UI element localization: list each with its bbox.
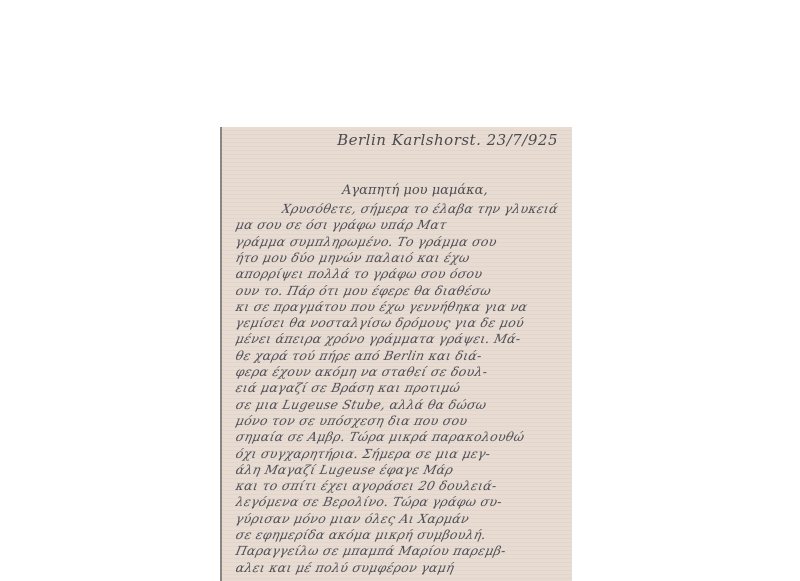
- letter-line: ουν το. Πάρ ότι μου έφερε θα διαθέσω: [234, 283, 563, 298]
- letter-line: μόνο τον σε υπόσχεση δια που σου: [234, 413, 563, 428]
- letter-line: φερα έχουν ακόμη να σταθεί σε δουλ-: [234, 364, 563, 379]
- letter-line: ειά μαγαζί σε Βράση και προτιμώ: [234, 380, 563, 395]
- letter-line: μα σου σε όσι γράφω υπάρ Ματ: [234, 217, 563, 232]
- letter-line: λεγόμενα σε Βερολίνο. Τώρα γράφω συ-: [234, 494, 563, 509]
- letter-line: αλει και μέ πολύ συμφέρον γαμή: [234, 560, 563, 575]
- letter-line: Παραγγείλω σε μπαμπά Μαρίου παρεμβ-: [234, 543, 563, 558]
- letter-line: γράμμα συμπληρωμένο. Το γράμμα σου: [234, 234, 563, 249]
- letter-page: Berlin Karlshorst. 23/7/925 Αγαπητή μου …: [220, 127, 572, 581]
- letter-line: θε χαρά τού πήρε από Berlin και διά-: [234, 348, 563, 363]
- letter-line: Χρυσόθετε, σήμερα το έλαβα την γλυκειά γ…: [280, 201, 563, 216]
- letter-salutation: Αγαπητή μου μαμάκα,: [342, 183, 488, 198]
- letter-line: γύρισαν μόνο μιαν όλες Αι Χαρμάν: [234, 511, 563, 526]
- letter-line: γεμίσει θα νοσταλγίσω δρόμους για δε μού: [234, 315, 563, 330]
- letter-line: μένει άπειρα χρόνο γράμματα γράψει. Μά-: [234, 331, 563, 346]
- letter-line: κι σε πραγμάτου που έχω γεννήθηκα για να: [234, 299, 563, 314]
- letter-line: ήτο μου δύο μηνών παλαιό και έχω: [234, 250, 563, 265]
- letter-line: και το σπίτι έχει αγοράσει 20 δουλειά-: [234, 478, 563, 493]
- letter-line: σημαία σε Αμβρ. Τώρα μικρά παρακολουθώ: [234, 429, 563, 444]
- letter-line: όχι συγχαρητήρια. Σήμερα σε μια μεγ-: [234, 446, 563, 461]
- letter-place-date: Berlin Karlshorst. 23/7/925: [337, 131, 558, 149]
- letter-line: άλη Μαγαζί Lugeuse έφαγε Μάρ: [234, 462, 563, 477]
- letter-line: απορρίψει πολλά το γράφω σου όσου: [234, 266, 563, 281]
- letter-line: σε μια Lugeuse Stube, αλλά θα δώσω: [234, 397, 563, 412]
- letter-line: σε εφημερίδα ακόμα μικρή συμβουλή.: [234, 527, 563, 542]
